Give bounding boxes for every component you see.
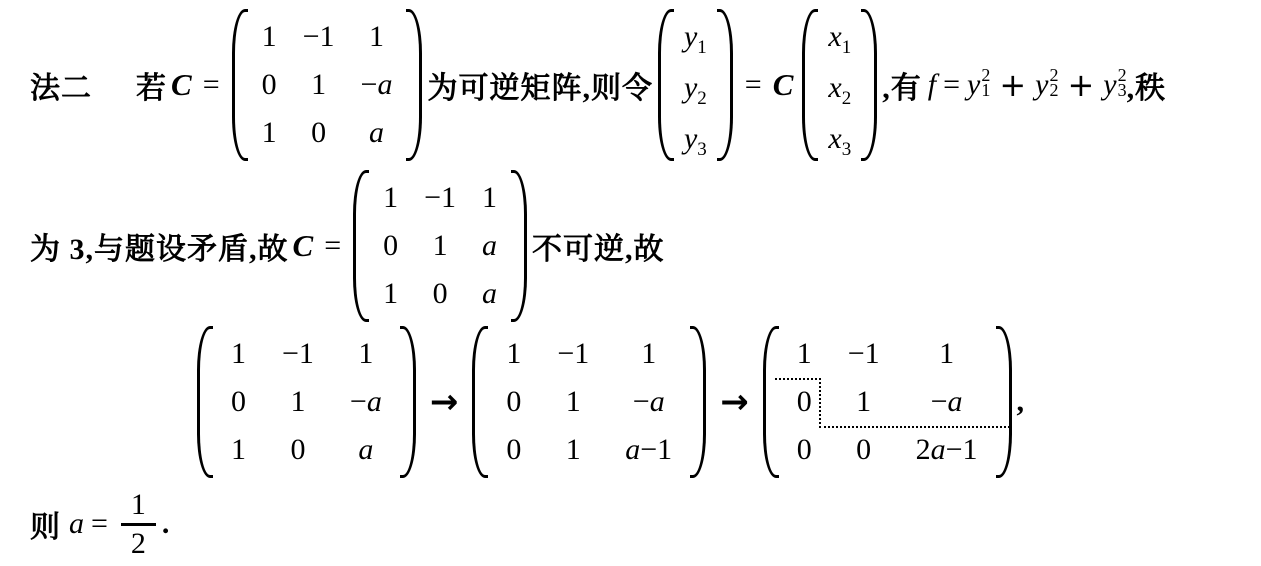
matrix-cell: 1 — [433, 226, 448, 266]
text-contradiction: 为 3,与题设矛盾,故 — [30, 224, 289, 268]
left-paren — [658, 9, 674, 161]
left-paren — [802, 9, 818, 161]
matrix-cell: 1 — [641, 334, 656, 374]
vector-cell: x3 — [828, 119, 851, 170]
vector-cell: y1 — [684, 17, 707, 68]
matrix-cell: 1 — [369, 17, 384, 57]
squared-term: y 21 — [967, 68, 990, 102]
line-2: 为 3,与题设矛盾,故 C = 1 −1 1 0 1 a 1 0 a 不可逆,故 — [30, 172, 1261, 320]
fraction-numerator: 1 — [121, 489, 156, 521]
matrix-cell: a — [369, 113, 384, 153]
matrix-cell: −a — [361, 65, 393, 105]
matrix-cells: 1 −1 1 0 1 −a 0 0 2a−1 — [779, 326, 996, 478]
matrix-cell: a−1 — [625, 430, 672, 470]
equals-sign: = — [943, 68, 960, 102]
matrix-cell: 1 — [231, 430, 246, 470]
arrow-right-icon: → — [720, 382, 749, 422]
echelon-dotted-line — [819, 378, 1010, 428]
equals-sign: = — [203, 68, 220, 102]
plus-sign: + — [999, 66, 1026, 104]
matrix-cell: 1 — [383, 178, 398, 218]
matrix-step-3-echelon: 1 −1 1 0 1 −a 0 0 2a−1 — [763, 326, 1012, 478]
matrix-cell: 1 — [797, 334, 812, 374]
matrix-cell: a — [358, 430, 373, 470]
text-ze: 则 — [30, 502, 61, 546]
text-not-invertible: 不可逆,故 — [532, 224, 665, 268]
var-C: C — [293, 228, 314, 264]
right-paren — [406, 9, 422, 161]
matrix-cells: 1 −1 1 0 1 a 1 0 a — [369, 170, 511, 322]
matrix-cell: 0 — [290, 430, 305, 470]
left-paren — [472, 326, 488, 478]
matrix-cell: a — [482, 274, 497, 314]
echelon-dotted-line — [775, 378, 821, 428]
matrix-cell: 1 — [482, 178, 497, 218]
line-1: 法二 若 C = 1 −1 1 0 1 −a 1 0 a 为可逆矩阵,则令 y1 — [30, 6, 1261, 164]
matrix-cell: 1 — [506, 334, 521, 374]
vector-cell: y3 — [684, 119, 707, 170]
matrix-cells: 1 −1 1 0 1 −a 1 0 a — [213, 326, 400, 478]
matrix-cell: 1 — [231, 334, 246, 374]
matrix-cell: 1 — [358, 334, 373, 374]
vector-cell: x1 — [828, 17, 851, 68]
vector-y: y1 y2 y3 — [658, 9, 733, 161]
text-rank: ,秩 — [1127, 63, 1167, 107]
plus-sign: + — [1067, 66, 1094, 104]
matrix-step-2: 1 −1 1 0 1 −a 0 1 a−1 — [472, 326, 706, 478]
matrix-c: 1 −1 1 0 1 −a 1 0 a — [232, 9, 423, 161]
right-paren — [717, 9, 733, 161]
document-page: 法二 若 C = 1 −1 1 0 1 −a 1 0 a 为可逆矩阵,则令 y1 — [0, 6, 1261, 566]
matrix-cell: −a — [350, 382, 382, 422]
matrix-cell: 2a−1 — [916, 430, 978, 470]
line-4: 则 a = 1 2 . — [30, 482, 1261, 566]
fraction-bar — [121, 523, 156, 526]
left-paren — [197, 326, 213, 478]
matrix-cells: 1 −1 1 0 1 −a 0 1 a−1 — [488, 326, 690, 478]
left-paren — [353, 170, 369, 322]
matrix-cell: 0 — [797, 430, 812, 470]
equals-sign: = — [324, 229, 341, 263]
vector-cells: y1 y2 y3 — [674, 9, 717, 161]
matrix-cell: 1 — [311, 65, 326, 105]
matrix-cell: 1 — [290, 382, 305, 422]
matrix-cell: −1 — [282, 334, 314, 374]
equals-sign: = — [745, 68, 762, 102]
matrix-cell: 0 — [383, 226, 398, 266]
squared-term: y 23 — [1103, 68, 1126, 102]
matrix-cell: −1 — [303, 17, 335, 57]
matrix-cell: 0 — [506, 382, 521, 422]
squared-term: y 22 — [1035, 68, 1058, 102]
vector-cells: x1 x2 x3 — [818, 9, 861, 161]
matrix-cell: 0 — [311, 113, 326, 153]
text-invertible: 为可逆矩阵,则令 — [427, 63, 653, 107]
vector-cell: x2 — [828, 68, 851, 119]
fraction-denominator: 2 — [121, 528, 156, 560]
matrix-cell: 1 — [939, 334, 954, 374]
matrix-cell: −a — [633, 382, 665, 422]
matrix-cell: 0 — [506, 430, 521, 470]
right-paren — [511, 170, 527, 322]
matrix-step-1: 1 −1 1 0 1 −a 1 0 a — [197, 326, 416, 478]
left-paren — [232, 9, 248, 161]
text-ruo: 若 — [136, 63, 167, 107]
var-C: C — [171, 67, 192, 103]
right-paren — [690, 326, 706, 478]
vector-x: x1 x2 x3 — [802, 9, 877, 161]
period: . — [162, 507, 170, 541]
method-label: 法二 — [30, 63, 92, 107]
right-paren — [400, 326, 416, 478]
matrix-cell: 0 — [433, 274, 448, 314]
fraction-one-half: 1 2 — [121, 489, 156, 560]
var-f: f — [928, 68, 936, 102]
matrix-cell: −1 — [424, 178, 456, 218]
matrix-cell: 1 — [383, 274, 398, 314]
matrix-cell: −1 — [848, 334, 880, 374]
matrix-c-variant: 1 −1 1 0 1 a 1 0 a — [353, 170, 527, 322]
matrix-cell: −1 — [557, 334, 589, 374]
trailing-comma: , — [1017, 385, 1026, 419]
var-a: a — [69, 507, 84, 541]
right-paren — [861, 9, 877, 161]
matrix-cell: 1 — [262, 17, 277, 57]
line-3: 1 −1 1 0 1 −a 1 0 a → 1 −1 1 0 1 −a — [192, 326, 1261, 478]
matrix-cell: 0 — [262, 65, 277, 105]
text-comma-you: ,有 — [882, 63, 922, 107]
arrow-right-icon: → — [430, 382, 459, 422]
equals-sign: = — [91, 507, 108, 541]
matrix-cell: a — [482, 226, 497, 266]
matrix-cells: 1 −1 1 0 1 −a 1 0 a — [248, 9, 407, 161]
vector-cell: y2 — [684, 68, 707, 119]
var-C: C — [773, 67, 794, 103]
matrix-cell: 0 — [856, 430, 871, 470]
matrix-cell: 0 — [231, 382, 246, 422]
matrix-cell: 1 — [262, 113, 277, 153]
matrix-cell: 1 — [566, 430, 581, 470]
matrix-cell: 1 — [566, 382, 581, 422]
